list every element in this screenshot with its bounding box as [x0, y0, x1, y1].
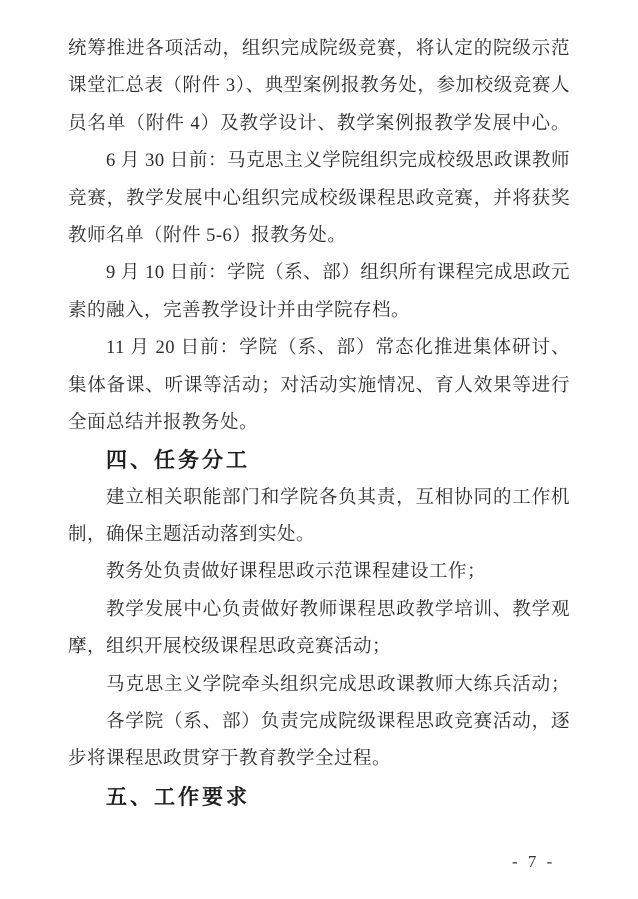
paragraph: 各学院（系、部）负责完成院级课程思政竞赛活动，逐 步将课程思政贯穿于教育教学全过…: [68, 704, 570, 779]
paragraph: 教务处负责做好课程思政示范课程建设工作；: [68, 554, 570, 591]
paragraph-line: 员名单（附件 4）及教学设计、教学案例报教学发展中心。: [68, 106, 570, 143]
paragraph: 马克思主义学院牵头组织完成思政课教师大练兵活动；: [68, 667, 570, 704]
heading-work-requirements: 五、工作要求: [68, 779, 570, 816]
heading-task-division: 四、任务分工: [68, 442, 570, 479]
paragraph-line: 步将课程思政贯穿于教育教学全过程。: [68, 741, 570, 778]
paragraph-line: 马克思主义学院牵头组织完成思政课教师大练兵活动；: [68, 667, 570, 704]
paragraph-line: 建立相关职能部门和学院各负其责，互相协同的工作机: [68, 480, 570, 517]
paragraph-line: 课堂汇总表（附件 3）、典型案例报教务处，参加校级竞赛人: [68, 68, 570, 105]
paragraph-line: 竞赛，教学发展中心组织完成校级课程思政竞赛，并将获奖: [68, 181, 570, 218]
paragraph-line: 教师名单（附件 5-6）报教务处。: [68, 218, 570, 255]
paragraph: 教学发展中心负责做好教师课程思政教学培训、教学观 摩，组织开展校级课程思政竞赛活…: [68, 592, 570, 667]
paragraph: 11 月 20 日前：学院（系、部）常态化推进集体研讨、 集体备课、听课等活动；…: [68, 330, 570, 442]
paragraph-line: 统筹推进各项活动，组织完成院级竞赛，将认定的院级示范: [68, 31, 570, 68]
paragraph: 9 月 10 日前：学院（系、部）组织所有课程完成思政元 素的融入，完善教学设计…: [68, 255, 570, 330]
paragraph-line: 制，确保主题活动落到实处。: [68, 517, 570, 554]
paragraph-line: 全面总结并报教务处。: [68, 405, 570, 442]
paragraph-line: 9 月 10 日前：学院（系、部）组织所有课程完成思政元: [68, 255, 570, 292]
paragraph-line: 集体备课、听课等活动；对活动实施情况、育人效果等进行: [68, 368, 570, 405]
document-page: 统筹推进各项活动，组织完成院级竞赛，将认定的院级示范 课堂汇总表（附件 3）、典…: [0, 0, 638, 899]
paragraph-line: 各学院（系、部）负责完成院级课程思政竞赛活动，逐: [68, 704, 570, 741]
paragraph-line: 6 月 30 日前：马克思主义学院组织完成校级思政课教师: [68, 143, 570, 180]
paragraph-line: 素的融入，完善教学设计并由学院存档。: [68, 293, 570, 330]
paragraph-line: 摩，组织开展校级课程思政竞赛活动；: [68, 629, 570, 666]
paragraph: 统筹推进各项活动，组织完成院级竞赛，将认定的院级示范 课堂汇总表（附件 3）、典…: [68, 31, 570, 143]
page-number: - 7 -: [512, 852, 555, 872]
paragraph: 建立相关职能部门和学院各负其责，互相协同的工作机 制，确保主题活动落到实处。: [68, 480, 570, 555]
paragraph: 6 月 30 日前：马克思主义学院组织完成校级思政课教师 竞赛，教学发展中心组织…: [68, 143, 570, 255]
paragraph-line: 教学发展中心负责做好教师课程思政教学培训、教学观: [68, 592, 570, 629]
paragraph-line: 教务处负责做好课程思政示范课程建设工作；: [68, 554, 570, 591]
paragraph-line: 11 月 20 日前：学院（系、部）常态化推进集体研讨、: [68, 330, 570, 367]
document-body: 统筹推进各项活动，组织完成院级竞赛，将认定的院级示范 课堂汇总表（附件 3）、典…: [68, 31, 570, 816]
